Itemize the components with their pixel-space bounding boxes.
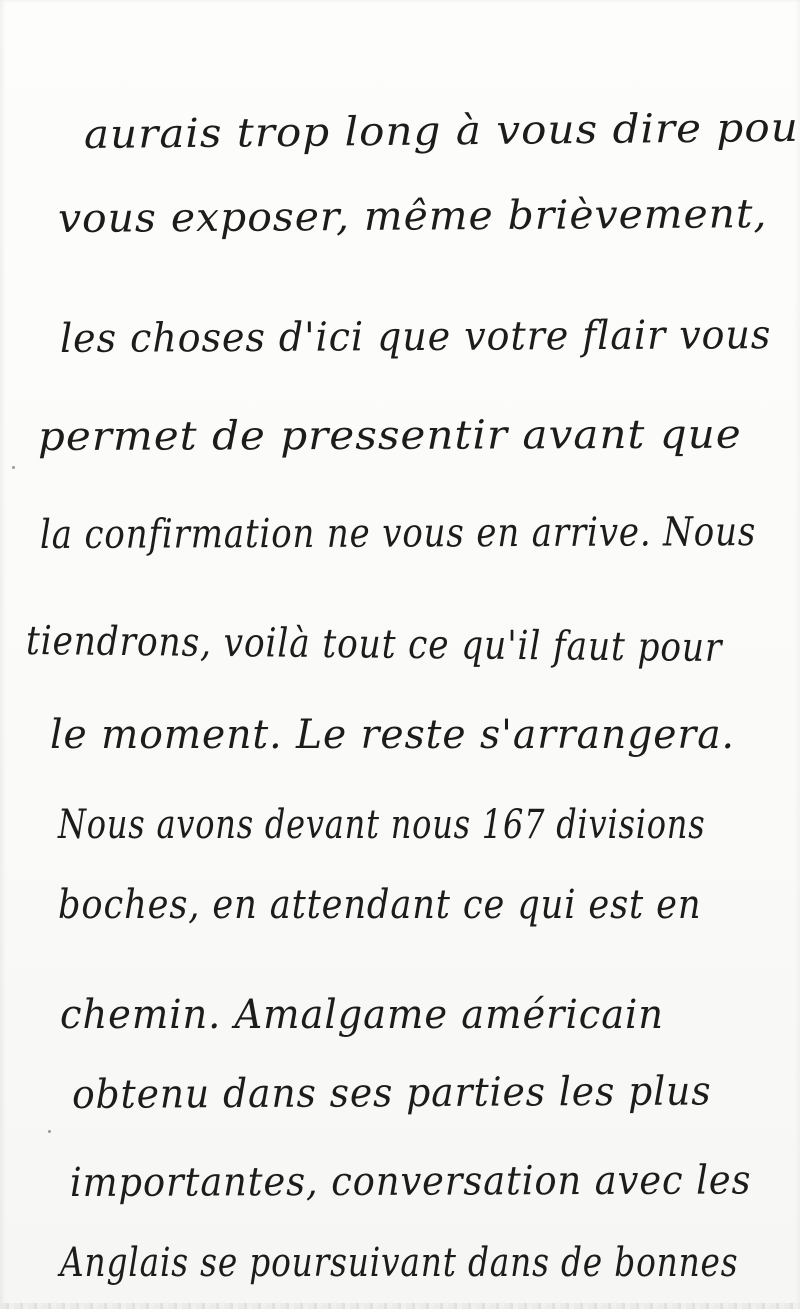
handwritten-line-7: le moment. Le reste s'arrangera. [50,712,735,758]
handwritten-line-9: boches, en attendant ce qui est en [58,882,701,928]
handwritten-line-13: Anglais se poursuivant dans de bonnes [60,1240,738,1286]
handwritten-line-3: les choses d'ici que votre flair vous [60,312,772,362]
page-bottom-edge [0,1303,800,1309]
handwritten-line-11: obtenu dans ses parties les plus [72,1068,712,1118]
ink-speck [48,1130,51,1133]
handwritten-line-6: tiendrons, voilà tout ce qu'il faut pour [26,618,723,671]
handwritten-line-4: permet de pressentir avant que [38,412,742,460]
handwritten-line-8: Nous avons devant nous 167 divisions [58,802,705,848]
handwritten-line-2: vous exposer, même brièvement, [58,191,768,242]
letter-page: aurais trop long à vous dire pour vous e… [0,0,800,1309]
handwritten-line-5: la confirmation ne vous en arrive. Nous [40,509,756,558]
ink-speck [12,466,15,469]
handwritten-line-12: importantes, conversation avec les [70,1157,751,1206]
handwritten-line-1: aurais trop long à vous dire pour [84,105,800,158]
handwritten-line-10: chemin. Amalgame américain [60,992,664,1038]
